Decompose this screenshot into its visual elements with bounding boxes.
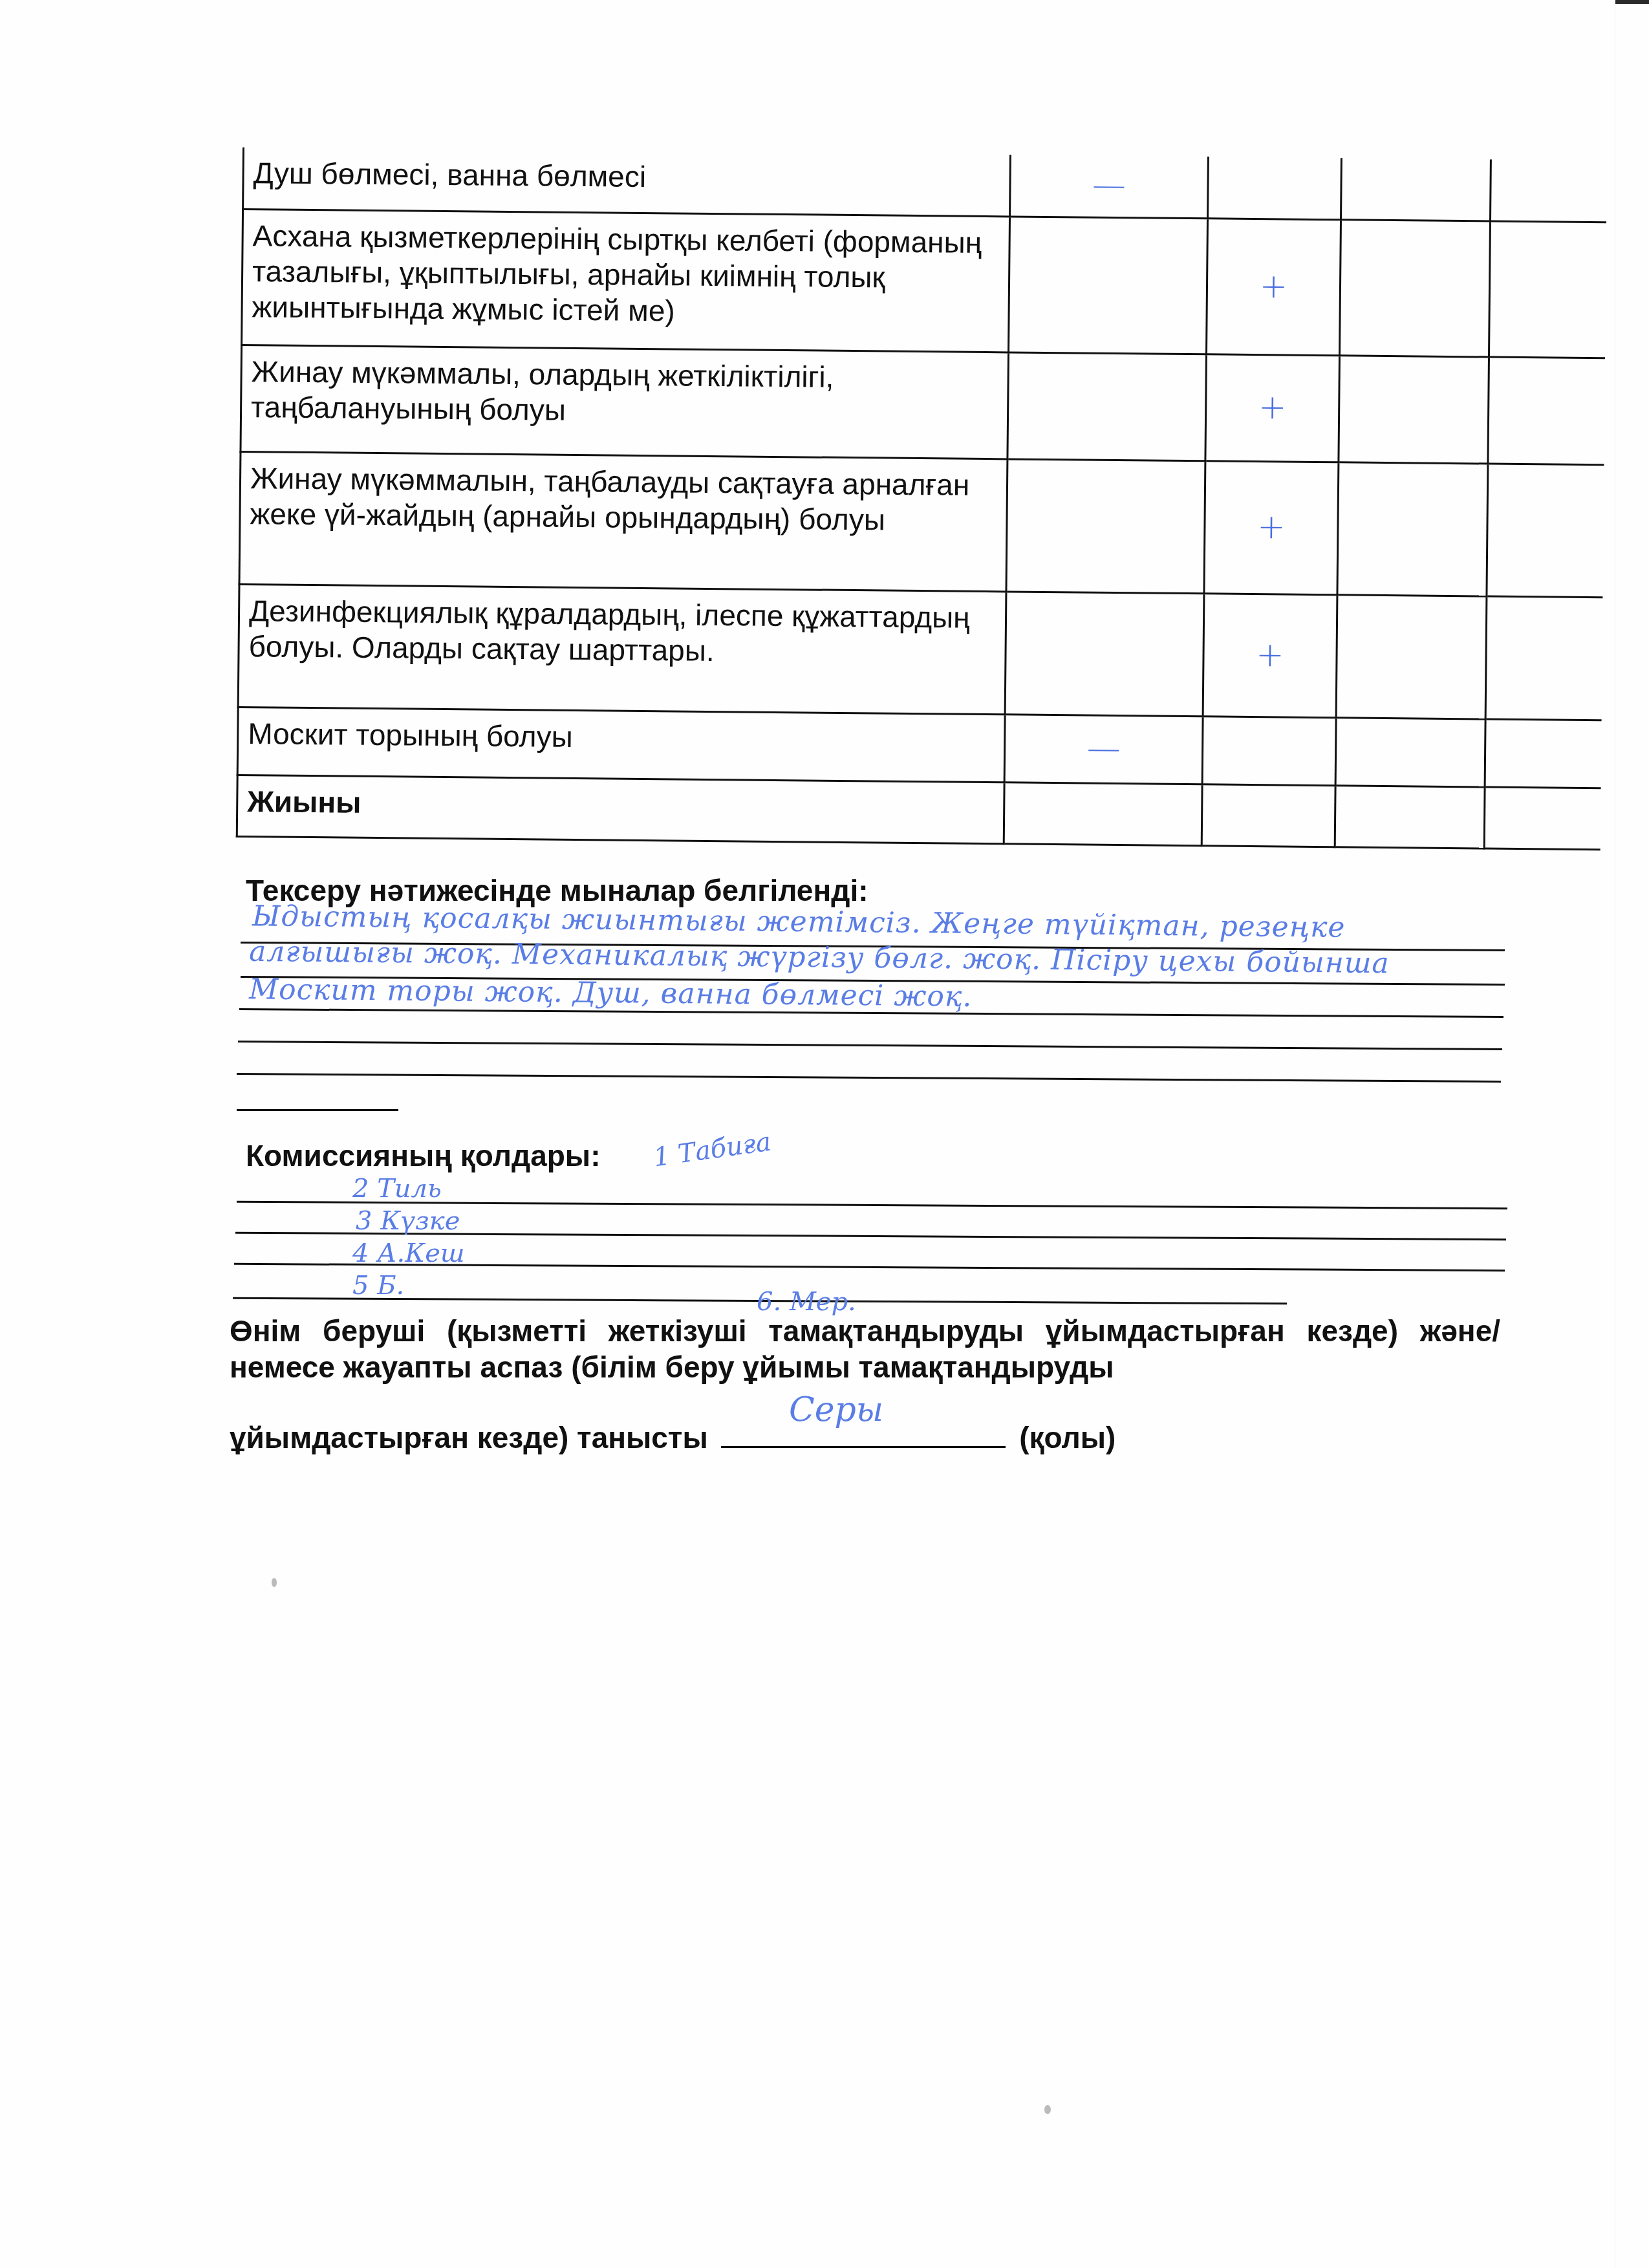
scan-edge [1615, 0, 1615, 2268]
ruled-line-short [237, 1109, 398, 1111]
inspection-table: Душ бөлмесі, ванна бөлмесі—Асхана қызмет… [236, 147, 1607, 850]
mark-cell [1208, 157, 1342, 219]
table-row: Жинау мүкәммалы, олардың жеткіліктілігі,… [241, 345, 1605, 464]
table-row: Москит торының болуы— [237, 707, 1601, 788]
acknowledgement-suffix: (қолы) [1019, 1421, 1115, 1454]
acknowledgement-signature-row: ұйымдастырған кезде) танысты (қолы) [230, 1418, 1115, 1455]
mark-cell [1009, 216, 1208, 354]
mark-cell [1006, 459, 1205, 593]
mark-cell [1484, 786, 1600, 849]
criterion-label: Дезинфекциялық құралдардың, ілеспе құжат… [238, 584, 1006, 714]
mark-cell [1004, 782, 1202, 845]
mark-cell: + [1203, 593, 1337, 717]
mark-cell: + [1204, 460, 1339, 594]
mark-cell [1335, 717, 1485, 786]
mark-cell [1335, 785, 1485, 848]
criterion-label: Москит торының болуы [237, 707, 1005, 782]
criterion-label: Жинау мүкәммалы, олардың жеткіліктілігі,… [241, 345, 1009, 459]
mark-cell [1005, 591, 1204, 716]
scanned-page: Душ бөлмесі, ванна бөлмесі—Асхана қызмет… [0, 0, 1649, 2268]
mark-cell [1202, 784, 1335, 847]
criterion-label: Душ бөлмесі, ванна бөлмесі [243, 147, 1011, 216]
mark-cell: + [1205, 354, 1340, 462]
mark-cell [1336, 594, 1487, 718]
criterion-label: Асхана қызметкерлерінің сыртқы келбеті (… [242, 209, 1010, 352]
signature-5: 5 Б. [352, 1271, 404, 1301]
table-row: Жиыны [237, 775, 1600, 849]
mark-cell [1489, 221, 1606, 358]
mark-cell: — [1010, 155, 1209, 218]
mark-cell [1008, 352, 1207, 460]
table-row: Дезинфекциялық құралдардың, ілеспе құжат… [238, 584, 1602, 720]
mark-cell [1341, 158, 1491, 221]
signature-2: 2 Тиль [352, 1174, 442, 1204]
ruled-line [238, 1041, 1502, 1050]
criterion-label: Жинау мүкәммалын, таңбалауды сақтауға ар… [239, 451, 1008, 591]
signature-1: 1 Табиға [652, 1127, 773, 1172]
scan-speck [1044, 2105, 1051, 2114]
mark-cell [1488, 357, 1605, 465]
mark-cell: — [1004, 714, 1203, 784]
mark-cell [1339, 355, 1489, 463]
signatures-label: Комиссияның қолдары: [246, 1138, 600, 1173]
mark-cell [1485, 596, 1602, 720]
mark-cell [1339, 219, 1490, 356]
handwritten-finding-3: Москит торы жоқ. Душ, ванна бөлмесі жоқ. [249, 973, 973, 1013]
signature-4: 4 А.Кеш [352, 1238, 465, 1268]
signature-3: 3 Күзке [356, 1206, 460, 1236]
scan-artifact [1615, 0, 1649, 4]
criterion-label: Жиыны [237, 775, 1004, 843]
table-row: Асхана қызметкерлерінің сыртқы келбеті (… [242, 209, 1606, 358]
scan-speck [272, 1578, 277, 1587]
acknowledgement-text: Өнім беруші (қызметті жеткізуші тамақтан… [230, 1313, 1500, 1385]
acknowledgement-prefix: ұйымдастырған кезде) танысты [230, 1421, 708, 1454]
mark-cell: + [1207, 218, 1341, 355]
mark-cell [1490, 160, 1606, 222]
table-row: Жинау мүкәммалын, таңбалауды сақтауға ар… [239, 451, 1604, 597]
mark-cell [1202, 716, 1336, 785]
mark-cell [1337, 462, 1488, 596]
supplier-signature: Серы [789, 1390, 883, 1429]
ruled-line [237, 1073, 1501, 1083]
mark-cell [1485, 718, 1601, 788]
mark-cell [1487, 464, 1604, 598]
